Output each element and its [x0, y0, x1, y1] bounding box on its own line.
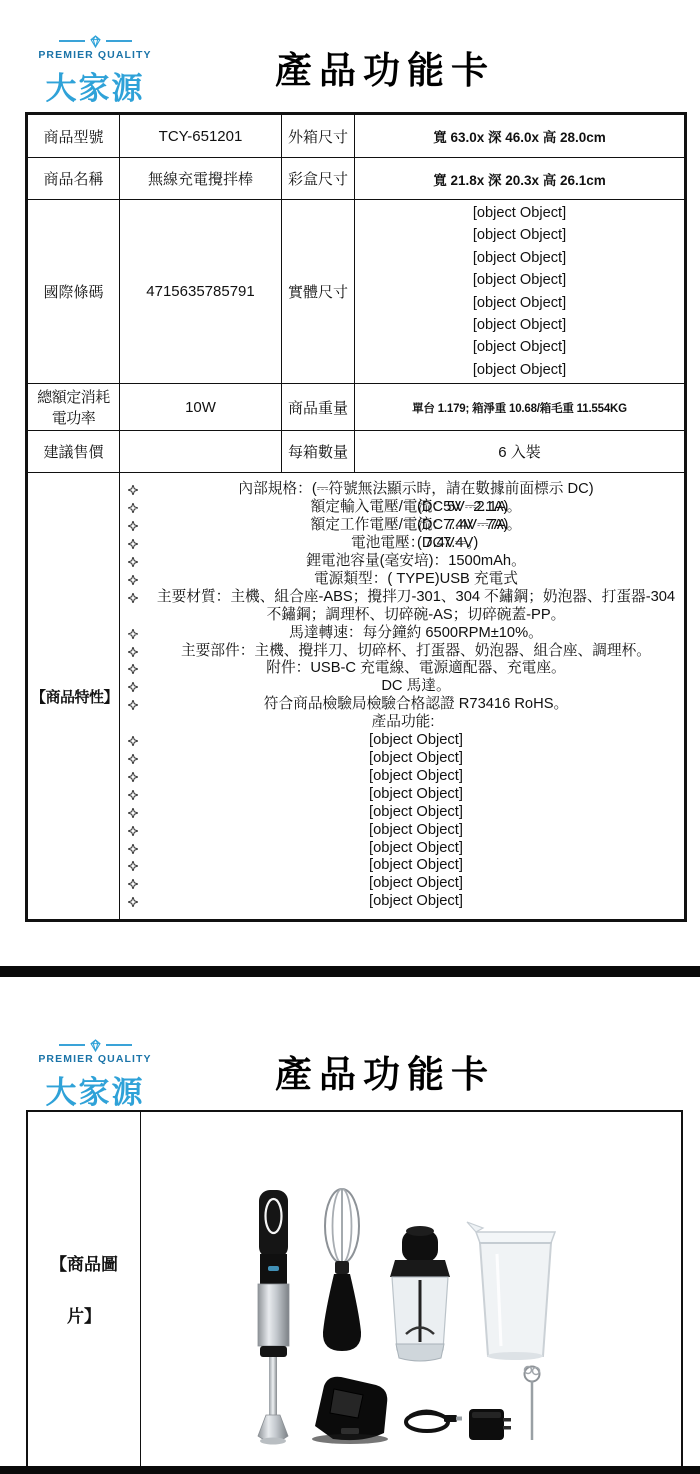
list-item: 馬達轉速：每分鐘約 6500RPM±10%。: [125, 625, 681, 643]
dimension-line: [object Object]: [358, 247, 681, 269]
list-item: 符合商品檢驗局檢驗合格認證 R73416 RoHS。: [125, 696, 681, 714]
diamond-icon: [88, 1039, 103, 1052]
row-label: 商品名稱: [27, 158, 120, 200]
diamond-bullet-icon: [128, 539, 138, 549]
feature-note: (DC5V 2.1A): [417, 499, 508, 517]
table-row: 建議售價 每箱數量 6 入裝: [27, 431, 686, 473]
feature-text: [object Object]: [369, 822, 463, 838]
physical-dimensions: [object Object][object Object][object Ob…: [355, 200, 686, 384]
list-item: 電源類型：( TYPE)USB 充電式: [125, 571, 681, 589]
feature-text: [object Object]: [369, 804, 463, 820]
diamond-bullet-icon: [128, 844, 138, 854]
row-label: 國際條碼: [27, 200, 120, 384]
feature-text: [object Object]: [369, 732, 463, 748]
function-feature-list: [object Object][object Object][object Ob…: [123, 732, 681, 911]
row-label: 商品重量: [282, 384, 355, 431]
table-row: 商品名稱 無線充電攪拌棒 彩盒尺寸 寬 21.8x 深 20.3x 高 26.1…: [27, 158, 686, 200]
feature-text: 馬達轉速：每分鐘約 6500RPM±10%。: [289, 625, 543, 641]
list-item: 額定輸入電壓/電流：5V⎓2.1A。(DC5V 2.1A): [125, 499, 681, 517]
list-item: 額定工作電壓/電流：7.4V⎓7A。(DC7.4V 7A): [125, 517, 681, 535]
feature-text: [object Object]: [369, 840, 463, 856]
row-label: 外箱尺寸: [282, 114, 355, 158]
diamond-bullet-icon: [128, 861, 138, 871]
diamond-icon: [88, 35, 103, 48]
row-label: 建議售價: [27, 431, 120, 473]
row-label: 每箱數量: [282, 431, 355, 473]
dimension-line: [object Object]: [358, 269, 681, 291]
list-item: [object Object]: [125, 893, 681, 911]
list-item: 主要部件：主機、攪拌刀、切碎杯、打蛋器、奶泡器、組合座、調理杯。: [125, 643, 681, 661]
feature-text: 內部規格：(⎓符號無法顯示時，請在數據前面標示 DC): [238, 481, 593, 497]
feature-text: 附件：USB-C 充電線、電源適配器、充電座。: [266, 660, 565, 676]
charging-dock-image: [312, 1377, 388, 1444]
page-separator-bar: [0, 966, 700, 977]
feature-text: 主要材質：主機、組合座-ABS；攪拌刀-301、304 不鏽鋼；奶泡器、打蛋器-…: [157, 589, 675, 623]
dimension-line: [object Object]: [358, 202, 681, 224]
table-row: 國際條碼 4715635785791 實體尺寸 [object Object][…: [27, 200, 686, 384]
image-section-label: 【商品圖片】: [44, 1239, 124, 1343]
feature-text: [object Object]: [369, 750, 463, 766]
diamond-bullet-icon: [128, 736, 138, 746]
units-per-carton: 6 入裝: [355, 431, 686, 473]
feature-text: [object Object]: [369, 786, 463, 802]
feature-text: 鋰電池容量(毫安培)：1500mAh。: [306, 553, 526, 569]
diamond-bullet-icon: [128, 503, 138, 513]
whisk-attachment-image: [323, 1189, 361, 1351]
list-item: [object Object]: [125, 840, 681, 858]
row-label: 彩盒尺寸: [282, 158, 355, 200]
page-separator-bar: [0, 1466, 700, 1474]
milk-frother-image: [525, 1367, 540, 1441]
list-item: 鋰電池容量(毫安培)：1500mAh。: [125, 553, 681, 571]
diamond-bullet-icon: [128, 826, 138, 836]
feature-text: 電源類型：( TYPE)USB 充電式: [314, 571, 518, 587]
model-number: TCY-651201: [120, 114, 282, 158]
spec-feature-list: 內部規格：(⎓符號無法顯示時，請在數據前面標示 DC)額定輸入電壓/電流：5V⎓…: [123, 481, 681, 714]
list-item: [object Object]: [125, 768, 681, 786]
product-image-table: 【商品圖片】: [26, 1110, 683, 1472]
feature-note: (DC7.4V): [417, 535, 478, 553]
product-photo: [245, 1184, 565, 1454]
list-item: 主要材質：主機、組合座-ABS；攪拌刀-301、304 不鏽鋼；奶泡器、打蛋器-…: [125, 589, 681, 625]
suggested-price: [120, 431, 282, 473]
page-title: 產品功能卡: [110, 1044, 660, 1098]
list-item: [object Object]: [125, 750, 681, 768]
row-label: 實體尺寸: [282, 200, 355, 384]
list-item: [object Object]: [125, 857, 681, 875]
list-item: [object Object]: [125, 786, 681, 804]
list-item: [object Object]: [125, 804, 681, 822]
hand-blender-image: [258, 1190, 289, 1445]
image-section-label-cell: 【商品圖片】: [27, 1111, 141, 1471]
spec-table: 商品型號 TCY-651201 外箱尺寸 寬 63.0x 深 46.0x 高 2…: [25, 112, 687, 922]
list-item: [object Object]: [125, 732, 681, 750]
diamond-bullet-icon: [128, 790, 138, 800]
dimension-line: [object Object]: [358, 314, 681, 336]
diamond-bullet-icon: [128, 557, 138, 567]
diamond-bullet-icon: [128, 897, 138, 907]
list-item: 內部規格：(⎓符號無法顯示時，請在數據前面標示 DC): [125, 481, 681, 499]
features-cell: 內部規格：(⎓符號無法顯示時，請在數據前面標示 DC)額定輸入電壓/電流：5V⎓…: [120, 473, 686, 921]
document-page: PREMIER QUALITY 大家源 產品功能卡 商品型號 TCY-65120…: [0, 0, 700, 1474]
product-photo-cell: [141, 1111, 682, 1471]
diamond-bullet-icon: [128, 485, 138, 495]
feature-text: 主要部件：主機、攪拌刀、切碎杯、打蛋器、奶泡器、組合座、調理杯。: [181, 643, 651, 659]
diamond-bullet-icon: [128, 700, 138, 710]
list-item: DC 馬達。: [125, 678, 681, 696]
table-row: 【商品特性】 內部規格：(⎓符號無法顯示時，請在數據前面標示 DC)額定輸入電壓…: [27, 473, 686, 921]
dimension-line: [object Object]: [358, 336, 681, 358]
list-item: [object Object]: [125, 822, 681, 840]
power-adapter-image: [469, 1409, 511, 1440]
diamond-bullet-icon: [128, 629, 138, 639]
diamond-bullet-icon: [128, 521, 138, 531]
table-row: 總額定消耗電功率 10W 商品重量 單台 1.179; 箱淨重 10.68/箱毛…: [27, 384, 686, 431]
product-name: 無線充電攪拌棒: [120, 158, 282, 200]
colorbox-size: 寬 21.8x 深 20.3x 高 26.1cm: [355, 158, 686, 200]
carton-size: 寬 63.0x 深 46.0x 高 28.0cm: [355, 114, 686, 158]
feature-text: [object Object]: [369, 768, 463, 784]
usb-cable-image: [406, 1411, 462, 1431]
power-rating: 10W: [120, 384, 282, 431]
measuring-jug-image: [467, 1222, 555, 1360]
logo-line-left: [59, 40, 85, 42]
feature-text: DC 馬達。: [381, 678, 450, 694]
diamond-bullet-icon: [128, 772, 138, 782]
list-item: 附件：USB-C 充電線、電源適配器、充電座。: [125, 660, 681, 678]
diamond-bullet-icon: [128, 664, 138, 674]
dimension-line: [object Object]: [358, 359, 681, 381]
features-label: 【商品特性】: [27, 473, 120, 921]
diamond-bullet-icon: [128, 879, 138, 889]
row-label: 商品型號: [27, 114, 120, 158]
functions-subheading: 產品功能:: [123, 714, 681, 732]
feature-text: [object Object]: [369, 857, 463, 873]
table-row: 【商品圖片】: [27, 1111, 682, 1471]
dimension-line: [object Object]: [358, 292, 681, 314]
feature-text: [object Object]: [369, 875, 463, 891]
barcode-number: 4715635785791: [120, 200, 282, 384]
row-label: 總額定消耗電功率: [27, 384, 120, 431]
diamond-bullet-icon: [128, 593, 138, 603]
list-item: [object Object]: [125, 875, 681, 893]
diamond-bullet-icon: [128, 647, 138, 657]
table-row: 商品型號 TCY-651201 外箱尺寸 寬 63.0x 深 46.0x 高 2…: [27, 114, 686, 158]
page-title: 產品功能卡: [110, 40, 660, 94]
list-item: 電池電壓：7.4V⎓。(DC7.4V): [125, 535, 681, 553]
dimension-line: [object Object]: [358, 224, 681, 246]
diamond-bullet-icon: [128, 575, 138, 585]
feature-text: 符合商品檢驗局檢驗合格認證 R73416 RoHS。: [264, 696, 568, 712]
diamond-bullet-icon: [128, 682, 138, 692]
chopper-bowl-image: [390, 1226, 450, 1361]
logo-line-left: [59, 1044, 85, 1046]
product-weight: 單台 1.179; 箱淨重 10.68/箱毛重 11.554KG: [355, 384, 686, 431]
feature-note: (DC7.4V 7A): [417, 517, 508, 535]
diamond-bullet-icon: [128, 808, 138, 818]
diamond-bullet-icon: [128, 754, 138, 764]
feature-text: [object Object]: [369, 893, 463, 909]
